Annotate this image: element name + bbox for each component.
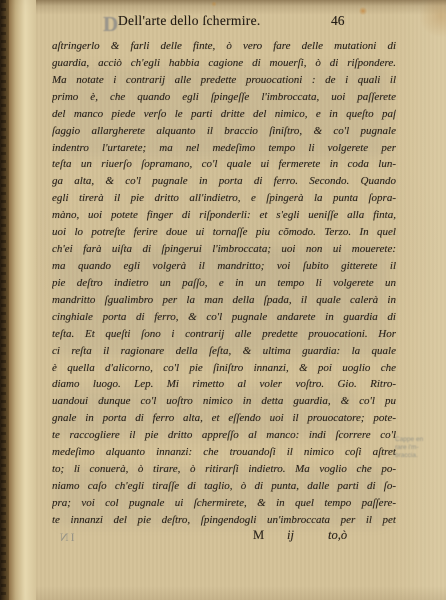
body-text-line: ch'ei farà uiſta di ſpingerui l'imbrocca… — [52, 241, 396, 258]
binding-edge-shadow — [0, 0, 9, 600]
body-text-line: diamo luogo. Lep. Mi rimetto al voler vo… — [52, 376, 396, 393]
margin-note-line: rare i'm- — [395, 444, 445, 452]
body-text-line: pie deſtro indietro un paſſo, e in un te… — [52, 275, 396, 292]
body-text-line: ſaggio allargherete alquanto il braccio … — [52, 123, 396, 140]
catchword: to,ò — [328, 528, 347, 543]
page-gutter-highlight — [9, 0, 36, 600]
page-number: 46 — [331, 13, 345, 29]
bleedthrough-signature-mark: IN — [58, 530, 75, 545]
body-text-line: Ma notate i contrarij alle predette prou… — [52, 72, 396, 89]
body-text-line: indentro l'urtarete; ma nel medeſimo tem… — [52, 140, 396, 157]
body-text-line: gnale in porta di ferro alta, et eſſendo… — [52, 410, 396, 427]
signature-mark: M — [253, 528, 264, 543]
body-text-line: pra; voi col pugnale ui ſchermirete, & i… — [52, 495, 396, 512]
body-text-line: teſta. Et queſti ſono i contrarij alle p… — [52, 326, 396, 343]
signature-numeral: ij — [287, 528, 294, 543]
body-text-line: aſtringerlo & farli delle finte, ò vero … — [52, 38, 396, 55]
body-text-line: to; li conuerà, ò tirare, ò ritirarſi in… — [52, 461, 396, 478]
body-text-line: è quella d'alicorno, co'l pie ſiniſtro i… — [52, 360, 396, 377]
body-text-line: uoi lo potreſte ferire doue ui tornaſſe … — [52, 224, 396, 241]
body-text-line: te raccogliere il pie dritto appreſſo al… — [52, 427, 396, 444]
body-text: aſtringerlo & farli delle finte, ò vero … — [52, 38, 396, 529]
left-edge-bleedthrough-fragments — [1, 0, 6, 600]
body-text-line: te innanzi del pie deſtro, ſpingendogli … — [52, 512, 396, 529]
bleedthrough-initial-letter: D — [103, 12, 118, 37]
body-text-line: teſta un riuerſo ſopramano, co'l quale u… — [52, 156, 396, 173]
body-text-line: màno, uoi potete finger di riſponderli: … — [52, 207, 396, 224]
book-page-scan: D Dell'arte dello ſchermire. 46 aſtringe… — [0, 0, 446, 600]
body-text-line: uandoui dunque co'l uoſtro nimico in det… — [52, 393, 396, 410]
body-text-line: niamo caſo ch'egli tiraſſe di taglio, ò … — [52, 478, 396, 495]
body-text-line: mandritto ſgualimbro per la man della ſp… — [52, 292, 396, 309]
body-text-line: del manco piede verſo le parti dritte de… — [52, 106, 396, 123]
margin-note-line: Cappe en — [395, 436, 445, 444]
body-text-line: cinghiale porta di ferro, & co'l pugnale… — [52, 309, 396, 326]
margin-bleedthrough-note: Cappe en rare i'm- braccia. — [395, 436, 445, 460]
body-text-line: ci reſta il ragionare della ſeſta, & ult… — [52, 343, 396, 360]
running-title: Dell'arte dello ſchermire. — [118, 13, 261, 29]
body-text-line: egli tirerà il pie dritto all'indietro, … — [52, 190, 396, 207]
body-text-line: ma quando egli volgerà il mandritto; voi… — [52, 258, 396, 275]
body-text-line: medeſimo alquanto innanzi: che trouandoſ… — [52, 444, 396, 461]
body-text-line: ga alta, & co'l pugnale in porta di ferr… — [52, 173, 396, 190]
margin-note-line: braccia. — [395, 452, 445, 460]
body-text-line: primo è, che quando egli ſpingeſſe l'imb… — [52, 89, 396, 106]
body-text-line: guardia, acciò ch'egli habbia cagione di… — [52, 55, 396, 72]
